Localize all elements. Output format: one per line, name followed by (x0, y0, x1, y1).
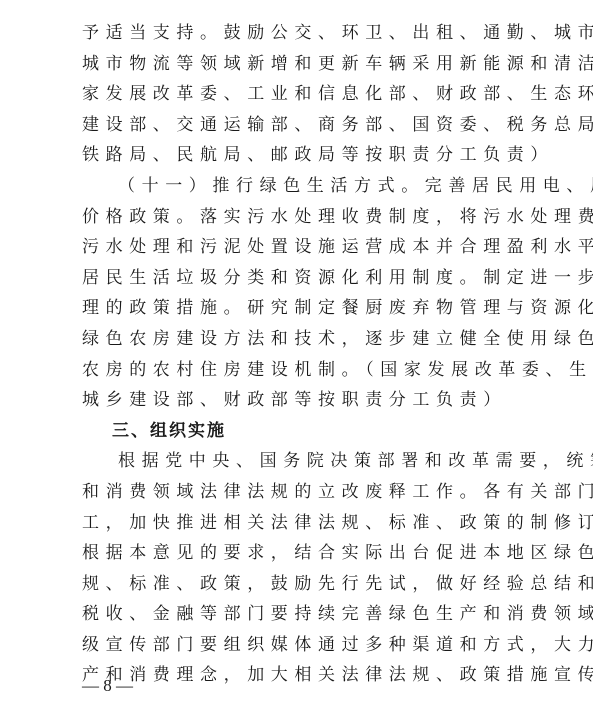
body-line: 城乡建设部、财政部等按职责分工负责） (82, 385, 514, 416)
body-line: 予适当支持。鼓励公交、环卫、出租、通勤、城市邮政快递作业、 (82, 18, 514, 49)
paragraph-start-line: （十一）推行绿色生活方式。完善居民用电、用水、用气阶梯 (82, 171, 514, 202)
body-line: 理的政策措施。研究制定餐厨废弃物管理与资源化利用法规。推广 (82, 293, 514, 324)
body-line: 税收、金融等部门要持续完善绿色生产和消费领域的支持政策。各 (82, 599, 514, 630)
body-line: 绿色农房建设方法和技术，逐步建立健全使用绿色建材、建设绿色 (82, 324, 514, 355)
body-line: 农房的农村住房建设机制。（国家发展改革委、生态环境部、住房 (82, 355, 514, 386)
body-line: 价格政策。落实污水处理收费制度，将污水处理费标准调整至补偿 (82, 202, 514, 233)
paragraph-start-line: 根据党中央、国务院决策部署和改革需要，统筹推动绿色生产 (82, 446, 514, 477)
body-line: 级宣传部门要组织媒体通过多种渠道和方式，大力宣传推广绿色生 (82, 630, 514, 661)
body-line: 污水处理和污泥处置设施运营成本并合理盈利水平。加快推行城乡 (82, 232, 514, 263)
document-body: 予适当支持。鼓励公交、环卫、出租、通勤、城市邮政快递作业、 城市物流等领域新增和… (82, 18, 514, 691)
body-line: 家发展改革委、工业和信息化部、财政部、生态环境部、住房城乡 (82, 79, 514, 110)
page-number: — 8 — (82, 676, 133, 696)
section-heading: 三、组织实施 (82, 416, 514, 447)
body-line: 城市物流等领域新增和更新车辆采用新能源和清洁能源汽车。（国 (82, 49, 514, 80)
body-line: 和消费领域法律法规的立改废释工作。各有关部门要按照职责分 (82, 477, 514, 508)
body-line: 规、标准、政策，鼓励先行先试，做好经验总结和推广。各级财政、 (82, 569, 514, 600)
body-line: 建设部、交通运输部、商务部、国资委、税务总局、市场监管总局、 (82, 110, 514, 141)
body-line: 工，加快推进相关法律法规、标准、政策的制修订工作。各地区要 (82, 508, 514, 539)
body-line: 铁路局、民航局、邮政局等按职责分工负责） (82, 140, 514, 171)
body-line: 居民生活垃圾分类和资源化利用制度。制定进一步加强塑料污染治 (82, 263, 514, 294)
body-line: 根据本意见的要求，结合实际出台促进本地区绿色生产和消费的法 (82, 538, 514, 569)
document-page: 予适当支持。鼓励公交、环卫、出租、通勤、城市邮政快递作业、 城市物流等领域新增和… (0, 0, 593, 719)
body-line: 产和消费理念，加大相关法律法规、政策措施宣传力度，凝聚社会 (82, 660, 514, 691)
